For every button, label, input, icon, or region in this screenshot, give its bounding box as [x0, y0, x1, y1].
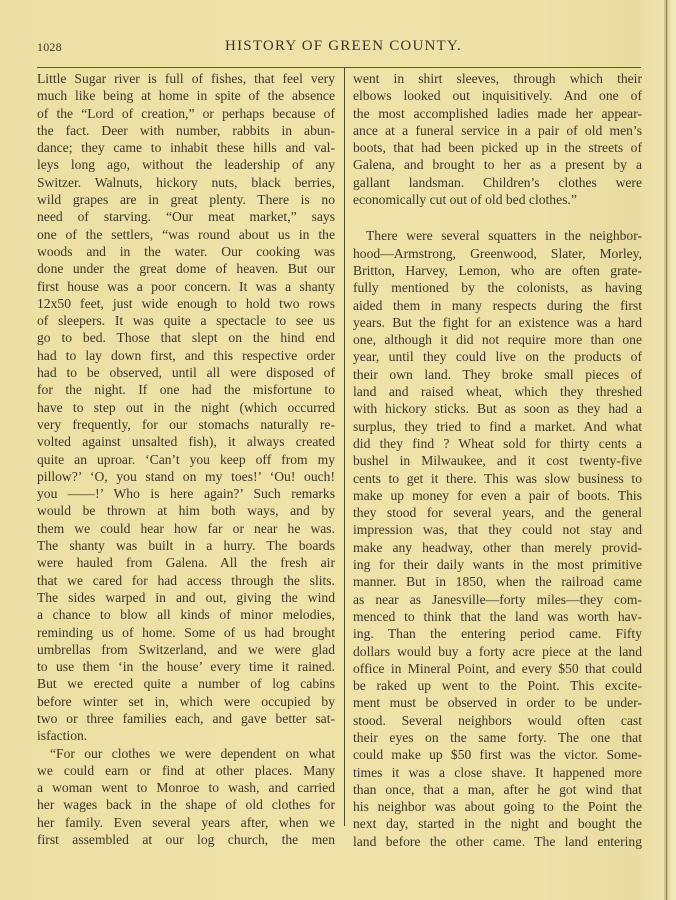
text-line: you ——!’ Who is here again?’ Such remark…: [37, 485, 335, 502]
text-line: them we could hear how far or near he wa…: [37, 520, 335, 537]
text-line: There were several squatters in the neig…: [353, 227, 642, 244]
text-line: Little Sugar river is full of fishes, th…: [37, 70, 335, 87]
text-line: make up money for even a pair of boots. …: [353, 487, 642, 504]
text-line: that we cared for had access through the…: [37, 572, 335, 589]
text-line: year, until they could live on the produ…: [353, 348, 642, 365]
text-line: gallant landsman. Children’s clothes wer…: [353, 174, 642, 191]
text-line: The shanty was built in a hurry. The boa…: [37, 537, 335, 554]
text-line: have to step out in the night (which occ…: [37, 399, 335, 416]
text-line: than once, that a man, after he got wind…: [353, 781, 642, 798]
text-line: isfaction.: [37, 727, 335, 744]
text-line: first house was a poor concern. It was a…: [37, 278, 335, 295]
text-line: next day, started in the night and bough…: [353, 815, 642, 832]
text-line: go to bed. Those that slept on the hind …: [37, 329, 335, 346]
text-line: Galena, and brought to her as a present …: [353, 156, 642, 173]
column-divider: [344, 68, 345, 826]
text-line: one of the settlers, “was round about us…: [37, 226, 335, 243]
text-line: to use them ‘in the house’ every time it…: [37, 658, 335, 675]
text-line: elbows looked out inquisitively. And one…: [353, 87, 642, 104]
text-line: her family. Even several years after, wh…: [37, 814, 335, 831]
text-line: dance; they came to inhabit these hills …: [37, 139, 335, 156]
text-line: were hauled from Galena. All the fresh a…: [37, 554, 335, 571]
text-line: The sides warped in and out, giving the …: [37, 589, 335, 606]
text-line: before winter set in, which were occupie…: [37, 693, 335, 710]
text-line: ance at a funeral service in a pair of o…: [353, 122, 642, 139]
text-line: impression was, that they could not stay…: [353, 521, 642, 538]
text-line: volted against unsalted fish), it always…: [37, 433, 335, 450]
header-rule: [37, 67, 641, 68]
text-line: reminding us of home. Some of us had bro…: [37, 624, 335, 641]
text-line: a woman went to Monroe to wash, and carr…: [37, 779, 335, 796]
text-line: stood. Several neighbors would often cas…: [353, 712, 642, 729]
text-line: ing for their daily wants in the most pr…: [353, 556, 642, 573]
text-line: done under the great dome of heaven. But…: [37, 260, 335, 277]
text-line: ing. Than the entering period came. Fift…: [353, 625, 642, 642]
right-column: went in shirt sleeves, through which the…: [353, 70, 642, 850]
paragraph-gap: [353, 208, 642, 227]
text-line: their eyes on the same forty. The one th…: [353, 729, 642, 746]
text-line: could make up $50 first was the victor. …: [353, 746, 642, 763]
text-line: of the “Lord of creation,” or perhaps be…: [37, 105, 335, 122]
text-line: need of starving. “Our meat market,” say…: [37, 208, 335, 225]
text-line: bushel in Milwaukee, and it cost twenty-…: [353, 452, 642, 469]
text-line: the fact. Deer with number, rabbits in a…: [37, 122, 335, 139]
text-line: for the night. If one had the misfortune…: [37, 381, 335, 398]
text-line: very frequently, for our stomachs natura…: [37, 416, 335, 433]
text-line: had to lay down first, and this respecti…: [37, 347, 335, 364]
left-column: Little Sugar river is full of fishes, th…: [37, 70, 335, 848]
text-line: woods and in the water. Our cooking was: [37, 243, 335, 260]
text-line: wild grapes are in great plenty. There i…: [37, 191, 335, 208]
text-line: manner. But in 1850, when the railroad c…: [353, 573, 642, 590]
text-line: her wages back in the shape of old cloth…: [37, 796, 335, 813]
text-line: Switzer. Walnuts, hickory nuts, black be…: [37, 174, 335, 191]
text-line: surplus, they tried to find a market. An…: [353, 418, 642, 435]
text-line: land and raised wheat, which they thresh…: [353, 383, 642, 400]
text-line: boots, that had been picked up in the st…: [353, 139, 642, 156]
text-line: 12x50 feet, just wide enough to hold two…: [37, 295, 335, 312]
text-line: as near as Janesville—forty miles—they c…: [353, 591, 642, 608]
text-line: quite an uproar. ‘Can’t you keep off fro…: [37, 451, 335, 468]
text-line: economically cut out of old bed clothes.…: [353, 191, 642, 208]
spine-line: [666, 0, 667, 900]
text-line: went in shirt sleeves, through which the…: [353, 70, 642, 87]
running-title: HISTORY OF GREEN COUNTY.: [37, 38, 640, 55]
text-line: office in Mineral Point, and every $50 t…: [353, 660, 642, 677]
text-line: leys long ago, without the leadership of…: [37, 156, 335, 173]
text-line: land before the other came. The land ent…: [353, 833, 642, 850]
text-line: hood—Armstrong, Greenwood, Slater, Morle…: [353, 245, 642, 262]
text-line: pillow?’ ‘O, you stand on my toes!’ ‘Ou!…: [37, 468, 335, 485]
page-header: 1028 HISTORY OF GREEN COUNTY.: [37, 36, 640, 56]
text-line: the most accomplished ladies made her ap…: [353, 105, 642, 122]
text-line: make any headway, other than merely prov…: [353, 539, 642, 556]
text-line: menced to think that the land was worth …: [353, 608, 642, 625]
text-line: umbrellas from Switzerland, and we were …: [37, 641, 335, 658]
text-line: ment must be observed in order to be und…: [353, 694, 642, 711]
text-line: Britton, Harvey, Lemon, who are often gr…: [353, 262, 642, 279]
text-line: aided them in many respects during the f…: [353, 297, 642, 314]
text-line: “For our clothes we were dependent on wh…: [37, 745, 335, 762]
text-line: much like being at home in spite of the …: [37, 87, 335, 104]
text-line: we could earn or find at other places. M…: [37, 762, 335, 779]
text-line: his neighbor was about going to the Poin…: [353, 798, 642, 815]
book-page: 1028 HISTORY OF GREEN COUNTY. Little Sug…: [0, 0, 676, 900]
text-line: their own land. They broke small pieces …: [353, 366, 642, 383]
text-line: But we erected quite a number of log cab…: [37, 675, 335, 692]
text-line: did they find ? Wheat sold for thirty ce…: [353, 435, 642, 452]
text-line: times it was a close shave. It happened …: [353, 764, 642, 781]
text-line: be raked up went to the Point. This exci…: [353, 677, 642, 694]
text-line: had to be observed, until all were dispo…: [37, 364, 335, 381]
text-line: dollars would buy a forty acre piece at …: [353, 643, 642, 660]
text-line: would be thrown at him both ways, and by: [37, 502, 335, 519]
text-line: of sleepers. It was quite a spectacle to…: [37, 312, 335, 329]
text-line: first assembled at our log church, the m…: [37, 831, 335, 848]
text-line: a chance to blow all kinds of minor melo…: [37, 606, 335, 623]
text-line: cents to get it there. This was slow bus…: [353, 470, 642, 487]
text-line: one, although it did not require more th…: [353, 331, 642, 348]
text-line: years. But the fight for an existence wa…: [353, 314, 642, 331]
text-line: with hickory sticks. But as soon as they…: [353, 400, 642, 417]
text-line: fully mentioned by the colonists, as hav…: [353, 279, 642, 296]
text-line: two or three families each, and gave bet…: [37, 710, 335, 727]
text-line: they stood for several years, and the ge…: [353, 504, 642, 521]
